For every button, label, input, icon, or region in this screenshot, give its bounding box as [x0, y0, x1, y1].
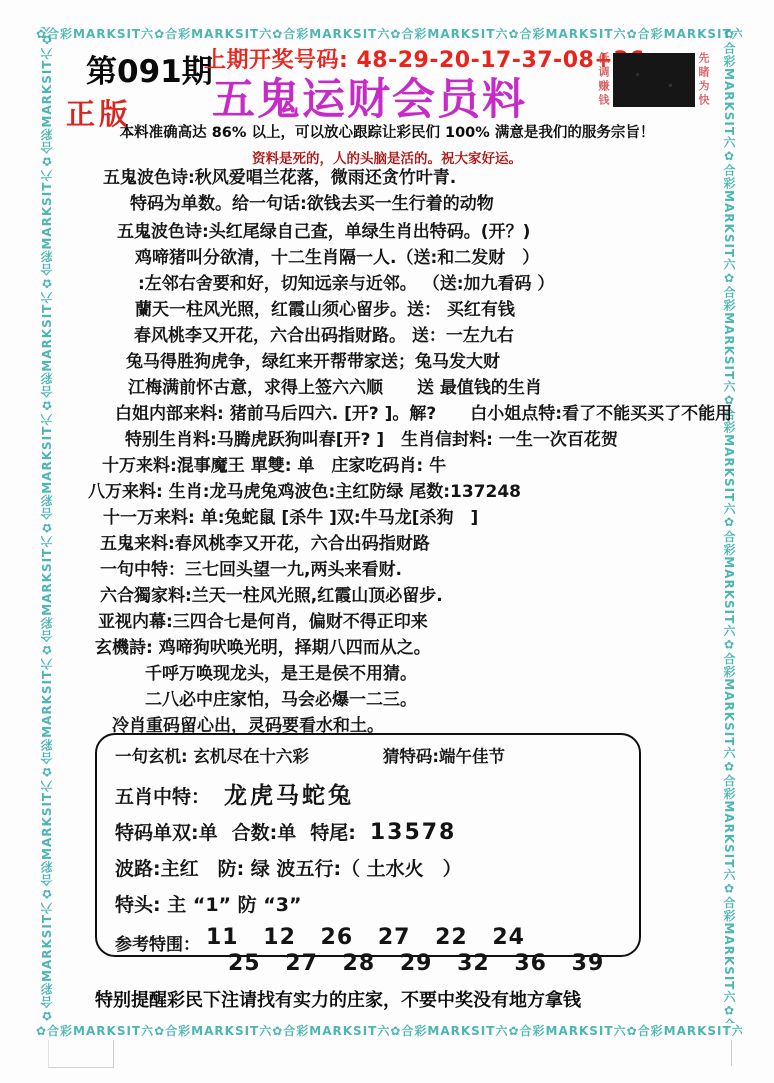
tail-label: 特尾:: [310, 818, 356, 845]
content-line: 十一万来料: 单:兔蛇鼠 [杀牛 ]双:牛马龙[杀狗 ]: [103, 509, 722, 527]
five-zodiac-value: 龙虎马蛇兔: [224, 777, 354, 810]
content-line: 五鬼波色诗:秋风爱唱兰花落，微雨还贪竹叶青.: [103, 169, 722, 187]
content-line: 特别生肖料:马腾虎跃狗叫春[开? ] 生肖信封料: 一生一次百花贺: [125, 431, 722, 449]
prediction-box: 一句玄机: 玄机尽在十六彩 猜特码:端午佳节 五肖中特： 龙虎马蛇兔 特码单双:…: [95, 733, 641, 957]
five-elements: 五行:（ 土水火 ）: [295, 854, 461, 881]
reference-range-label: 参考特围：: [115, 925, 200, 955]
scan-artifact: [48, 1040, 114, 1068]
stamp-image: [613, 53, 695, 107]
content-line: 特码为单数。给一句话:欲钱去买一生行着的动物: [130, 195, 722, 213]
content-line: 江梅满前怀古意，求得上签六六顺 送 最值钱的生肖: [128, 379, 722, 397]
reference-numbers-row2: 25 27 28 29 32 36 39: [228, 951, 604, 977]
guess-special: 猜特码:端午佳节: [383, 743, 505, 767]
sum-parity: 合数:单: [232, 818, 297, 845]
content-line: 八万来料: 生肖:龙马虎兔鸡波色:主红防绿 尾数:137248: [88, 483, 722, 501]
border-pattern-top: ✿合彩MARKSIT六✿合彩MARKSIT六✿合彩MARKSIT六✿合彩MARK…: [36, 25, 742, 42]
odd-even: 特码单双:单: [115, 818, 218, 845]
border-pattern-bottom: ✿合彩MARKSIT六✿合彩MARKSIT六✿合彩MARKSIT六✿合彩MARK…: [36, 1022, 742, 1039]
footer-warning: 特别提醒彩民下注请找有实力的庄家，不要中奖没有地方拿钱: [95, 986, 581, 1012]
border-pattern-right: ✿合彩MARKSIT六✿合彩MARKSIT六✿合彩MARKSIT六✿合彩MARK…: [721, 27, 738, 1023]
content-line: 五鬼波色诗:头红尾绿自己查，单绿生肖出特码。(开？): [117, 223, 722, 241]
stamp-text-right: 先睹为快: [698, 52, 711, 108]
content-line: 兔马得胜狗虎争，绿红来开帮带家送；兔马发大财: [126, 353, 722, 371]
accuracy-claim: 本料准确高达 86% 以上，可以放心跟踪让彩民们 100% 满意是我们的服务宗旨…: [62, 121, 712, 142]
content-line: 春风桃李又开花，六合出码指财路。 送：一左九右: [134, 327, 722, 345]
reference-numbers-row1: 11 12 26 27 22 24: [206, 925, 604, 951]
content-line: 一句中特：三七回头望一九,两头来看财.: [100, 561, 722, 579]
page-title: 五鬼运财会员料: [212, 66, 572, 127]
content-line: 亚视内幕:三四合七是何肖，偏财不得正印来: [98, 613, 722, 631]
content-line: 蘭天一柱风光照，红霞山须心留步。送： 买红有钱: [135, 301, 722, 319]
five-zodiac-label: 五肖中特：: [115, 782, 210, 809]
motto-line: 资料是死的，人的头脑是活的。祝大家好运。: [62, 147, 712, 167]
content-line: 五鬼来料:春风桃李又开花，六合出码指财路: [100, 535, 722, 553]
lottery-tip-sheet: ✿合彩MARKSIT六✿合彩MARKSIT六✿合彩MARKSIT六✿合彩MARK…: [0, 0, 774, 1083]
mystery-phrase: 一句玄机: 玄机尽在十六彩: [115, 743, 309, 767]
content-line: 鸡啼猪叫分欲清，十二生肖隔一人.（送:和二发财 ）: [135, 249, 722, 267]
issue-number: 第091期: [86, 46, 213, 91]
content-line: 六合獨家料:兰天一柱风光照,红霞山顶必留步.: [100, 587, 722, 605]
wave-colors: 波路:主红 防: 绿 波: [115, 854, 295, 881]
content-line: 玄機詩: 鸡啼狗吠唤光明，择期八四而从之。: [95, 639, 722, 657]
content-line: 白姐内部来料: 猪前马后四六. [开? ]。解? 白小姐点特:看了不能买买了不能…: [115, 405, 722, 423]
special-head: 特头: 主 “1” 防 “3”: [115, 890, 301, 917]
content-lines: 五鬼波色诗:秋风爱唱兰花落，微雨还贪竹叶青.特码为单数。给一句话:欲钱去买一生行…: [62, 169, 722, 743]
tail-value: 13578: [370, 820, 457, 845]
scan-artifact: [731, 1040, 732, 1066]
content-line: 千呼万唤现龙头，是王是侯不用猜。: [145, 665, 722, 683]
stamp-text-left: 低调赚钱: [598, 52, 611, 108]
content-line: 十万来料:混事魔王 單雙: 单 庄家吃码肖: 牛: [102, 457, 722, 475]
border-pattern-left: ✿合彩MARKSIT六✿合彩MARKSIT六✿合彩MARKSIT六✿合彩MARK…: [38, 27, 55, 1023]
content-line: 二八必中庄家怕，马会必爆一二三。: [145, 691, 722, 709]
content-line: :左邻右舍要和好，切知远亲与近邻。 （送:加九看码 ）: [138, 275, 722, 293]
reference-numbers: 11 12 26 27 22 24 25 27 28 29 32 36 39: [206, 925, 604, 977]
